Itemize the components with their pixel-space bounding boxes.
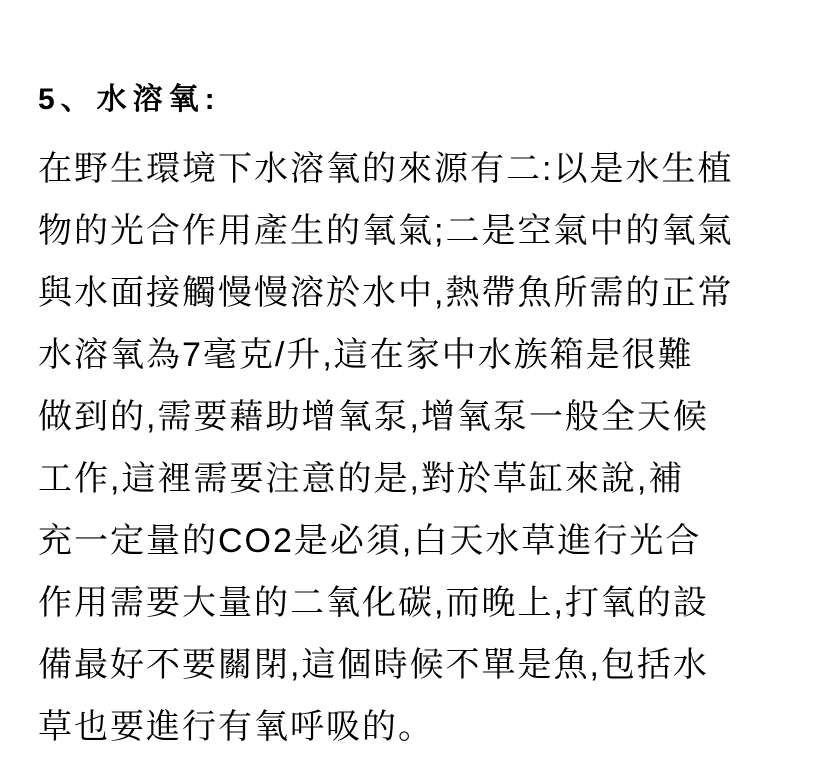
paragraph-line: 水溶氧為7毫克/升,這在家中水族箱是很難 bbox=[38, 324, 792, 386]
article-page: 5、水溶氧: 在野生環境下水溶氧的來源有二:以是水生植 物的光合作用產生的氧氣;… bbox=[0, 0, 828, 762]
paragraph: 在野生環境下水溶氧的來源有二:以是水生植 物的光合作用產生的氧氣;二是空氣中的氧… bbox=[38, 138, 792, 758]
section-heading: 5、水溶氧: bbox=[38, 82, 792, 118]
paragraph-line: 備最好不要關閉,這個時候不單是魚,包括水 bbox=[38, 634, 792, 696]
paragraph-line: 在野生環境下水溶氧的來源有二:以是水生植 bbox=[38, 138, 792, 200]
paragraph-line: 作用需要大量的二氧化碳,而晚上,打氧的設 bbox=[38, 572, 792, 634]
paragraph-line: 做到的,需要藉助增氧泵,增氧泵一般全天候 bbox=[38, 386, 792, 448]
paragraph-line: 與水面接觸慢慢溶於水中,熱帶魚所需的正常 bbox=[38, 262, 792, 324]
paragraph-line: 物的光合作用產生的氧氣;二是空氣中的氧氣 bbox=[38, 200, 792, 262]
paragraph-line: 工作,這裡需要注意的是,對於草缸來說,補 bbox=[38, 448, 792, 510]
paragraph-line: 充一定量的CO2是必須,白天水草進行光合 bbox=[38, 510, 792, 572]
paragraph-line: 草也要進行有氧呼吸的。 bbox=[38, 696, 792, 758]
